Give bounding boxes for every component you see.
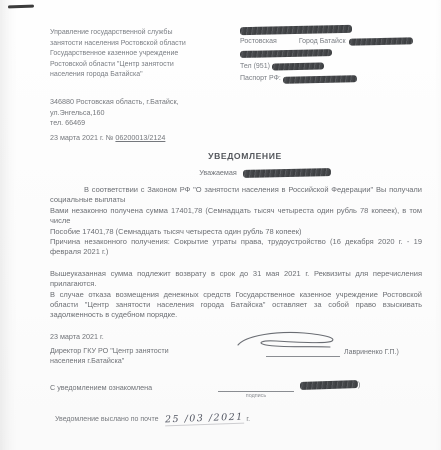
director-name: Лавриненко Г.П.) [344,349,399,356]
redacted-passport [283,75,357,84]
director-title-line: населения г.Батайска" [50,356,200,366]
recipient-tel-label: Тел (951) [240,62,270,72]
redacted-recipient-name [240,25,352,35]
recipient-region: Ростовская [240,37,277,47]
redacted-address [240,49,332,58]
recipient-block: Ростовская Город Батайск Тел (951) Паспо… [240,26,436,87]
recipient-city: Город Батайск [299,37,346,47]
mailing-note: Уведомление выслано по почте 25 /03 /202… [55,413,250,425]
signature-caption: подпись [218,393,294,399]
document-title: УВЕДОМЛЕНИЕ [50,151,440,161]
org-line: Управление государственной службы [50,28,235,39]
handwritten-mail-date: 25 /03 /2021 [164,412,243,427]
document-number: 06200013/2124 [115,133,165,142]
acknowledge-signature-line [218,383,294,392]
redacted-street [348,37,412,45]
redacted-suffix-bracket: ) [358,382,360,389]
address-line: ул.Энгельса,160 [50,108,179,119]
mailing-prefix: Уведомление выслано по почте [55,416,159,423]
director-title-block: Директор ГКУ РО "Центр занятости населен… [50,346,200,367]
paragraph-sum-received: Вами незаконно получена сумма 17401,78 (… [50,206,422,227]
paragraph-court-warning: В случае отказа возмещения денежных сред… [50,290,422,321]
salutation-line: Уважаемая [80,168,441,177]
recipient-passport-label: Паспорт РФ: [240,74,281,84]
org-line: Ростовской области "Центр занятости [50,60,235,71]
org-line: населения города Батайска" [50,70,235,81]
salutation-word: Уважаемая [199,168,237,177]
redacted-acknowledge-signature [300,380,358,390]
date-number-prefix: 23 марта 2021 г. № [50,133,113,142]
scanned-notification-document: Управление государственной службы занято… [0,0,441,450]
acknowledge-signature-area: ) [298,381,360,389]
date-number-line: 23 марта 2021 г. № 06200013/2124 [50,133,165,142]
signature-date: 23 марта 2021 г. [50,332,104,341]
acknowledge-label: С уведомлением ознакомлена [50,383,152,392]
director-signature-icon [232,329,344,357]
org-line: занятости населения Ростовской области [50,39,235,50]
paragraph-benefit-amount: Пособие 17401,78 (Семнадцать тысяч четыр… [50,227,422,237]
paragraph-reason: Причина незаконного получения: Сокрытие … [50,237,422,258]
scan-artifact-dash [8,5,34,9]
sender-address-block: 346880 Ростовская область, г.Батайск, ул… [50,97,179,129]
sender-org-block: Управление государственной службы занято… [50,28,235,81]
body-text: В соответствии с Законом РФ "О занятости… [50,185,422,321]
director-signature-line [266,356,340,357]
paragraph-repayment-deadline: Вышеуказанная сумма подлежит возврату в … [50,269,422,290]
redacted-salutation-name [243,168,331,178]
address-line: тел. 66469 [50,118,179,129]
address-line: 346880 Ростовская область, г.Батайск, [50,97,179,108]
mailing-suffix: г. [246,416,250,423]
redacted-phone [272,62,324,70]
director-title-line: Директор ГКУ РО "Центр занятости [50,346,200,356]
paragraph-law-reference: В соответствии с Законом РФ "О занятости… [50,185,422,206]
org-line: Государственное казенное учреждение [50,49,235,60]
